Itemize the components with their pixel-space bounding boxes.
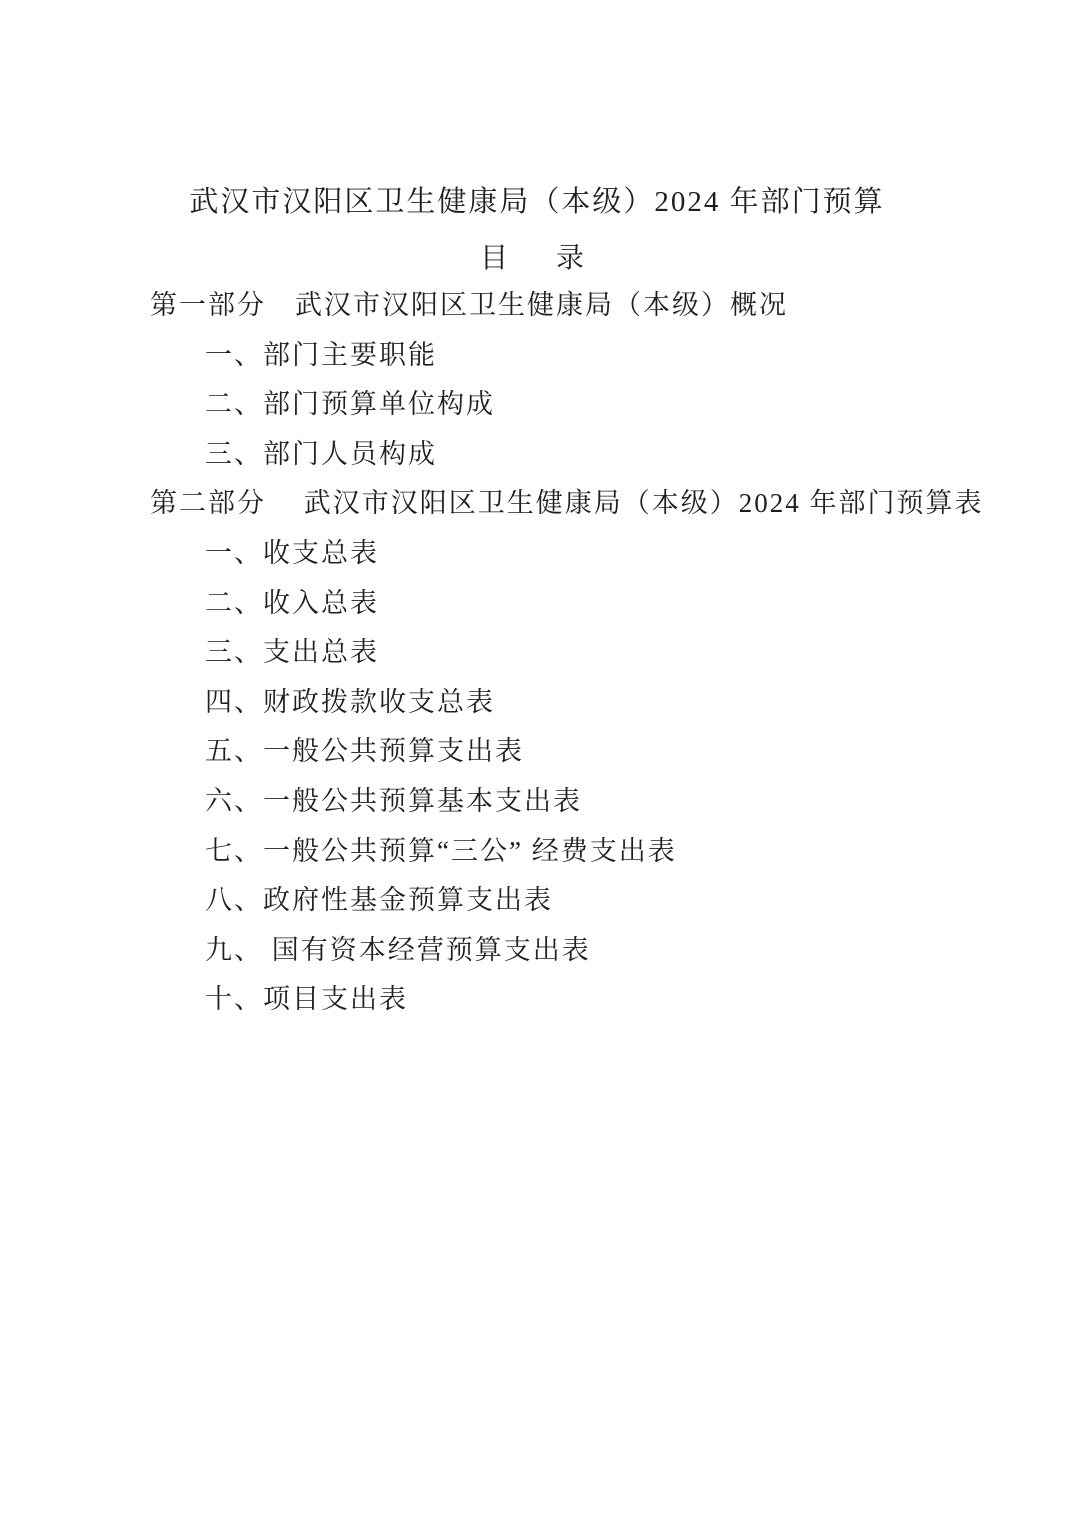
toc-item: 六、一般公共预算基本支出表 [205,777,924,827]
toc-list: 第一部分 武汉市汉阳区卫生健康局（本级）概况 一、部门主要职能 二、部门预算单位… [150,281,924,1025]
document-title: 武汉市汉阳区卫生健康局（本级）2024 年部门预算 [150,186,924,218]
toc-item: 五、一般公共预算支出表 [205,727,924,777]
toc-part-1-label: 第一部分 武汉市汉阳区卫生健康局（本级）概况 [150,281,924,331]
toc-item: 三、部门人员构成 [205,430,924,480]
toc-item: 一、收支总表 [205,529,924,579]
document-page: 武汉市汉阳区卫生健康局（本级）2024 年部门预算 目 录 第一部分 武汉市汉阳… [0,0,1074,1520]
toc-heading: 目 录 [150,242,924,276]
toc-item: 八、政府性基金预算支出表 [205,876,924,926]
toc-item: 七、一般公共预算“三公” 经费支出表 [205,827,924,877]
toc-item: 四、财政拨款收支总表 [205,678,924,728]
toc-item: 三、支出总表 [205,628,924,678]
toc-item: 九、 国有资本经营预算支出表 [205,926,924,976]
toc-item: 二、收入总表 [205,579,924,629]
toc-item: 一、部门主要职能 [205,331,924,381]
toc-item: 十、项目支出表 [205,975,924,1025]
toc-item: 二、部门预算单位构成 [205,380,924,430]
toc-part-2-label: 第二部分 武汉市汉阳区卫生健康局（本级）2024 年部门预算表 [150,479,924,529]
